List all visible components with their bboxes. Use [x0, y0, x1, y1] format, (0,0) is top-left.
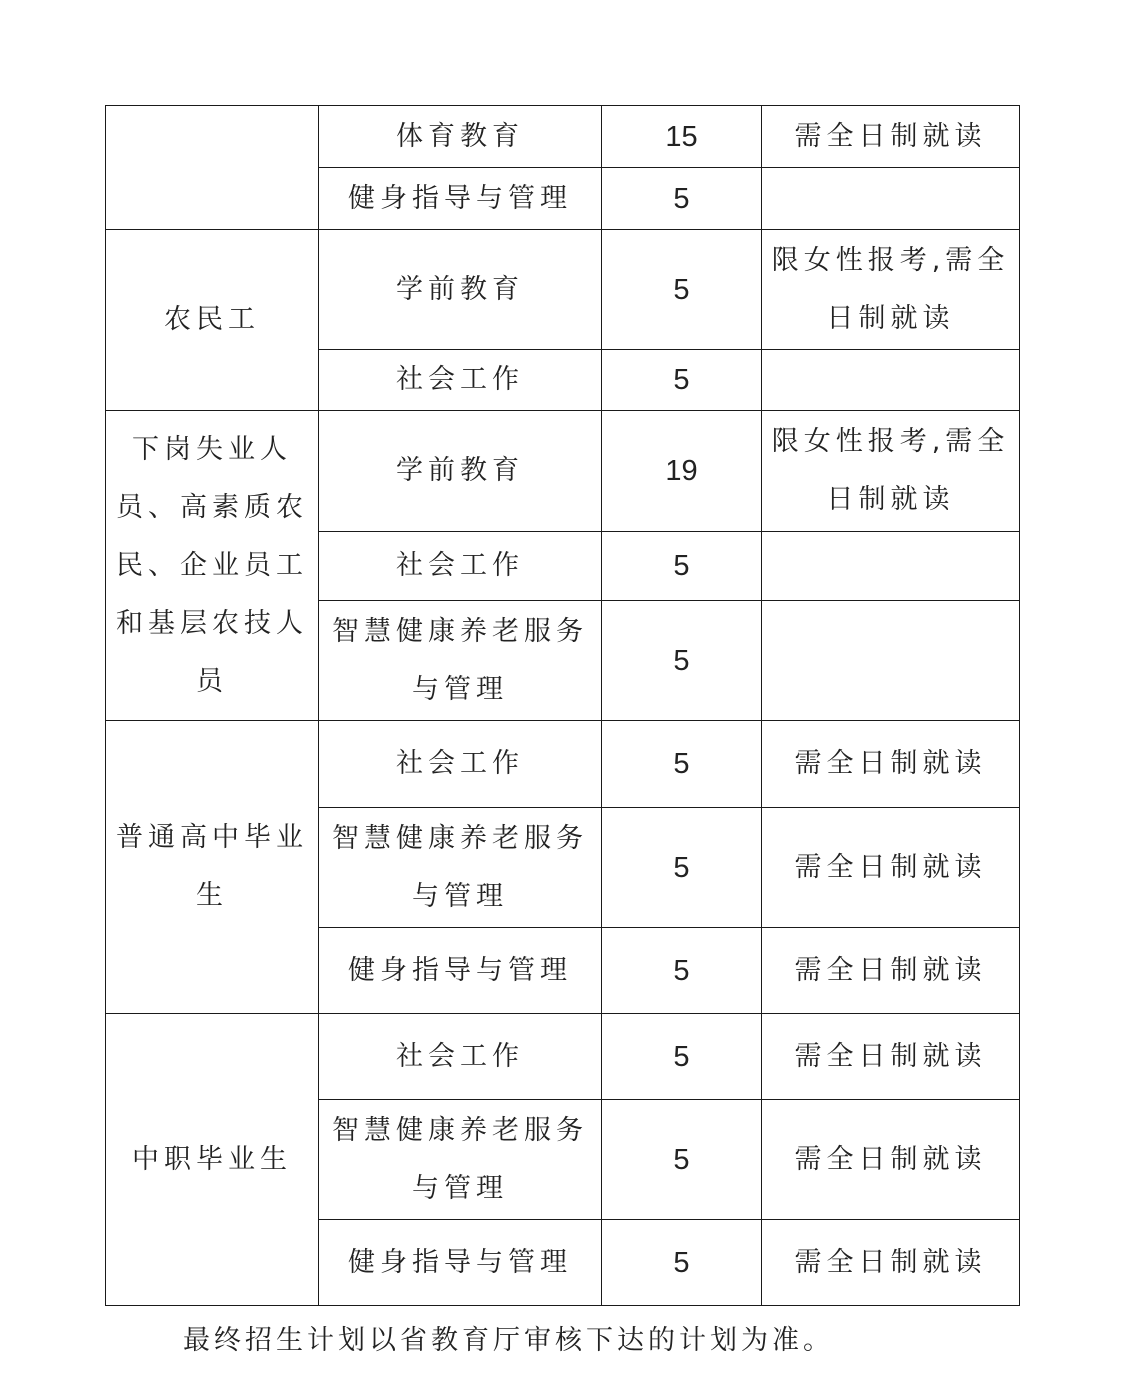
remark-cell: 需全日制就读 [762, 721, 1020, 808]
count-cell: 5 [602, 928, 762, 1014]
major-cell: 智慧健康养老服务与管理 [319, 808, 602, 928]
remark-cell [762, 350, 1020, 411]
major-cell: 健身指导与管理 [319, 928, 602, 1014]
count-cell: 5 [602, 168, 762, 230]
table-row: 农民工 学前教育 5 限女性报考,需全日制就读 [106, 230, 1020, 350]
remark-cell: 需全日制就读 [762, 1014, 1020, 1100]
count-cell: 5 [602, 532, 762, 601]
count-cell: 15 [602, 106, 762, 168]
remark-cell [762, 532, 1020, 601]
major-cell: 社会工作 [319, 1014, 602, 1100]
remark-cell: 需全日制就读 [762, 106, 1020, 168]
remark-cell: 需全日制就读 [762, 808, 1020, 928]
category-cell [106, 106, 319, 230]
remark-cell [762, 601, 1020, 721]
remark-cell: 需全日制就读 [762, 1100, 1020, 1220]
table-row: 普通高中毕业生 社会工作 5 需全日制就读 [106, 721, 1020, 808]
table-row: 下岗失业人员、高素质农民、企业员工和基层农技人员 学前教育 19 限女性报考,需… [106, 411, 1020, 532]
major-cell: 智慧健康养老服务与管理 [319, 601, 602, 721]
footnote: 最终招生计划以省教育厅审核下达的计划为准。 [183, 1318, 834, 1357]
major-cell: 社会工作 [319, 350, 602, 411]
table-row: 体育教育 15 需全日制就读 [106, 106, 1020, 168]
major-cell: 健身指导与管理 [319, 1220, 602, 1306]
remark-cell: 需全日制就读 [762, 1220, 1020, 1306]
category-cell: 普通高中毕业生 [106, 721, 319, 1014]
remark-cell: 限女性报考,需全日制就读 [762, 230, 1020, 350]
category-cell: 中职毕业生 [106, 1014, 319, 1306]
count-cell: 19 [602, 411, 762, 532]
category-cell: 下岗失业人员、高素质农民、企业员工和基层农技人员 [106, 411, 319, 721]
category-cell: 农民工 [106, 230, 319, 411]
enrollment-plan-table: 体育教育 15 需全日制就读 健身指导与管理 5 农民工 学前教育 5 限女性报… [105, 105, 1020, 1306]
major-cell: 学前教育 [319, 411, 602, 532]
count-cell: 5 [602, 601, 762, 721]
remark-cell [762, 168, 1020, 230]
major-cell: 健身指导与管理 [319, 168, 602, 230]
count-cell: 5 [602, 230, 762, 350]
table-row: 中职毕业生 社会工作 5 需全日制就读 [106, 1014, 1020, 1100]
count-cell: 5 [602, 1014, 762, 1100]
count-cell: 5 [602, 808, 762, 928]
major-cell: 社会工作 [319, 532, 602, 601]
count-cell: 5 [602, 1100, 762, 1220]
count-cell: 5 [602, 721, 762, 808]
major-cell: 智慧健康养老服务与管理 [319, 1100, 602, 1220]
major-cell: 社会工作 [319, 721, 602, 808]
major-cell: 体育教育 [319, 106, 602, 168]
remark-cell: 限女性报考,需全日制就读 [762, 411, 1020, 532]
count-cell: 5 [602, 1220, 762, 1306]
major-cell: 学前教育 [319, 230, 602, 350]
count-cell: 5 [602, 350, 762, 411]
remark-cell: 需全日制就读 [762, 928, 1020, 1014]
